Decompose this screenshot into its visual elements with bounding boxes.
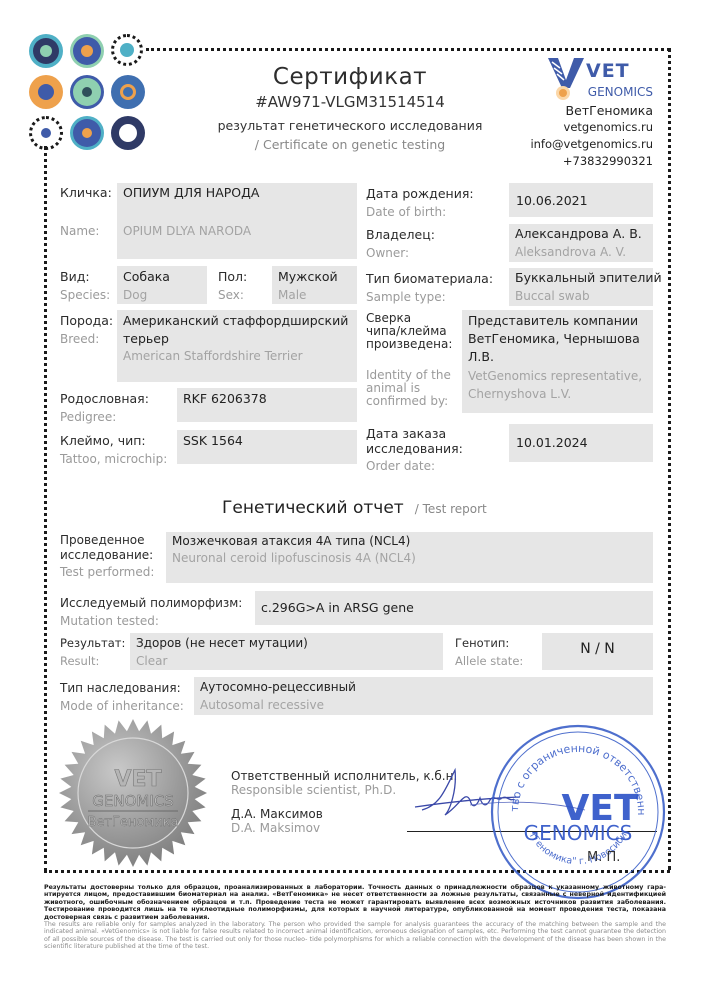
mutation-label-en: Mutation tested: xyxy=(60,612,159,630)
order-label-ru-1: Дата заказа xyxy=(366,426,446,441)
result-value-en: Clear xyxy=(136,652,167,670)
name-label-en: Name: xyxy=(60,222,99,240)
result-label-en: Result: xyxy=(60,652,99,670)
result-value-ru: Здоров (не несет мутации) xyxy=(136,634,308,652)
identity-value-ru-2: ВетГеномика, Чернышова xyxy=(468,330,640,348)
owner-label-ru: Владелец: xyxy=(366,226,435,244)
sex-value-en: Male xyxy=(278,286,306,304)
test-label-en: Test performed: xyxy=(60,564,154,580)
certificate-header: Сертификат #AW971-VLGM31514514 результат… xyxy=(200,62,500,154)
sample-label-ru: Тип биоматериала: xyxy=(366,270,493,288)
breed-value-ru-2: терьер xyxy=(123,330,169,348)
frame-right-border xyxy=(668,48,671,870)
sample-value-en: Buccal swab xyxy=(515,287,590,305)
inheritance-label-ru: Тип наследования: xyxy=(60,679,181,697)
genotype-label-en: Allele state: xyxy=(455,652,523,670)
tattoo-value: SSK 1564 xyxy=(183,432,243,450)
sample-value-ru: Буккальный эпителий xyxy=(515,269,662,287)
company-name: ВетГеномика xyxy=(520,102,653,119)
test-label-ru-1: Проведенное xyxy=(60,533,145,548)
circle-icon xyxy=(40,45,52,57)
name-label-ru: Кличка: xyxy=(60,184,112,202)
breed-value-en: American Staffordshire Terrier xyxy=(123,347,303,365)
dob-value: 10.06.2021 xyxy=(516,192,588,210)
circle-icon xyxy=(81,45,93,57)
stamp-icon: Общество с ограниченной ответственностью… xyxy=(488,722,668,902)
disclaimer-ru: Результаты достоверны только для образцо… xyxy=(44,884,666,921)
sex-label-en: Sex: xyxy=(218,286,244,304)
dob-label-ru: Дата рождения: xyxy=(366,185,474,203)
certificate-number: #AW971-VLGM31514514 xyxy=(200,92,500,112)
svg-text:GENOMICS: GENOMICS xyxy=(524,821,633,845)
inheritance-value-ru: Аутосомно-рецессивный xyxy=(200,678,356,696)
identity-value-ru-1: Представитель компании xyxy=(468,312,638,330)
genotype-value: N / N xyxy=(542,640,653,658)
certificate-title: Сертификат xyxy=(200,62,500,92)
disclaimer-en: The results are reliable only for sample… xyxy=(44,921,666,951)
pedigree-value: RKF 6206378 xyxy=(183,390,267,408)
species-value-en: Dog xyxy=(123,286,147,304)
mutation-label-ru: Исследуемый полиморфизм: xyxy=(60,594,242,612)
company-logo: VET GENOMICS xyxy=(520,56,653,102)
identity-label-en-3: confirmed by: xyxy=(366,395,448,408)
stamp-mark-label: М. П. xyxy=(587,849,620,867)
dob-label-en: Date of birth: xyxy=(366,203,446,221)
report-title-en: / Test report xyxy=(415,502,487,516)
identity-value-en-1: VetGenomics representative, xyxy=(468,367,642,385)
mutation-value: c.296G>A in ARSG gene xyxy=(261,599,414,617)
seal-badge-icon: VET GENOMICS ВетГеномика xyxy=(58,718,208,868)
company-site[interactable]: vetgenomics.ru xyxy=(520,119,653,136)
owner-value-ru: Александрова А. В. xyxy=(515,225,642,243)
company-stamp: Общество с ограниченной ответственностью… xyxy=(488,722,668,902)
company-email[interactable]: info@vetgenomics.ru xyxy=(520,136,653,153)
inheritance-label-en: Mode of inheritance: xyxy=(60,697,184,715)
circle-icon xyxy=(41,128,51,138)
breed-value-ru-1: Американский стаффордширский xyxy=(123,312,348,330)
order-label-en: Order date: xyxy=(366,457,435,475)
logo-word-vet: VET xyxy=(586,60,630,82)
vet-logo-icon xyxy=(548,58,584,88)
frame-top-border xyxy=(146,48,670,51)
circle-icon xyxy=(82,87,92,97)
svg-text:ВетГеномика: ВетГеномика xyxy=(88,815,179,830)
test-value-ru: Мозжечковая атаксия 4А типа (NCL4) xyxy=(172,533,410,549)
svg-text:GENOMICS: GENOMICS xyxy=(92,792,174,810)
tattoo-label-ru: Клеймо, чип: xyxy=(60,432,146,450)
order-date-value: 10.01.2024 xyxy=(516,434,588,452)
logo-word-genomics: GENOMICS xyxy=(588,85,653,99)
company-phone: +73832990321 xyxy=(520,153,653,170)
report-title-ru: Генетический отчет xyxy=(222,498,404,518)
silver-seal: VET GENOMICS ВетГеномика xyxy=(58,718,208,868)
circle-icon xyxy=(82,128,92,138)
owner-label-en: Owner: xyxy=(366,244,409,262)
sex-label-ru: Пол: xyxy=(218,268,247,286)
inheritance-value-en: Autosomal recessive xyxy=(200,696,324,714)
result-label-ru: Результат: xyxy=(60,634,125,652)
test-label-ru-2: исследование: xyxy=(60,548,153,563)
identity-label-ru-3: произведена: xyxy=(366,338,452,351)
identity-value-ru-3: Л.В. xyxy=(468,348,494,366)
report-title: Генетический отчет / Test report xyxy=(222,498,487,518)
svg-text:VET: VET xyxy=(114,767,161,792)
identity-value-en-2: Chernyshova L.V. xyxy=(468,385,571,403)
certificate-subtitle-ru: результат генетического исследования xyxy=(200,116,500,136)
pedigree-label-en: Pedigree: xyxy=(60,408,116,426)
species-label-ru: Вид: xyxy=(60,268,90,286)
name-value-ru: ОПИУМ ДЛЯ НАРОДА xyxy=(123,184,259,202)
certificate-subtitle-en: / Certificate on genetic testing xyxy=(200,136,500,154)
owner-value-en: Aleksandrova A. V. xyxy=(515,243,626,261)
circle-icon xyxy=(120,84,136,100)
species-value-ru: Собака xyxy=(123,268,170,286)
name-value-en: OPIUM DLYA NARODA xyxy=(123,222,251,240)
sample-label-en: Sample type: xyxy=(366,288,446,306)
breed-label-en: Breed: xyxy=(60,330,99,348)
orange-dot-icon xyxy=(559,89,567,97)
breed-label-ru: Порода: xyxy=(60,312,113,330)
circle-icon xyxy=(120,43,134,57)
pedigree-label-ru: Родословная: xyxy=(60,390,149,408)
signer-role-en: Responsible scientist, Ph.D. xyxy=(231,783,396,798)
signer-name-ru: Д.А. Максимов xyxy=(231,807,323,822)
circle-icon xyxy=(119,124,137,142)
order-label-ru-2: исследования: xyxy=(366,441,463,456)
circle-icon xyxy=(38,84,54,100)
test-value-en: Neuronal ceroid lipofuscinosis 4A (NCL4) xyxy=(172,550,416,566)
sex-value-ru: Мужской xyxy=(278,268,338,286)
company-block: VET GENOMICS ВетГеномика vetgenomics.ru … xyxy=(520,56,653,170)
tattoo-label-en: Tattoo, microchip: xyxy=(60,450,167,468)
genotype-label-ru: Генотип: xyxy=(455,634,509,652)
frame-left-border xyxy=(44,146,47,872)
species-label-en: Species: xyxy=(60,286,110,304)
signer-name-en: D.A. Maksimov xyxy=(231,821,320,836)
